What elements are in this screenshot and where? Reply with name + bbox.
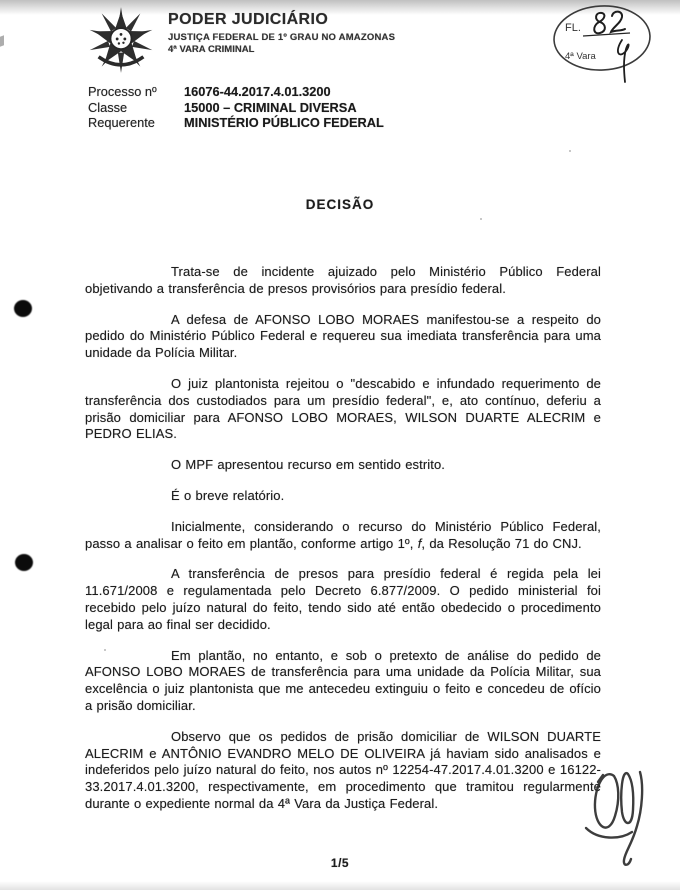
paragraph-4: O MPF apresentou recurso em sentido estr…	[85, 457, 601, 474]
hole-punch-mark	[15, 554, 33, 571]
brazil-coat-of-arms-icon	[86, 5, 156, 75]
case-row-requerente: Requerente MINISTÉRIO PÚBLICO FEDERAL	[88, 115, 384, 131]
court-unit: 4ª VARA CRIMINAL	[168, 44, 395, 55]
paragraph-9: Observo que os pedidos de prisão domicil…	[85, 729, 601, 813]
stamp-handwritten-number	[594, 12, 625, 34]
case-label: Processo nº	[88, 84, 184, 100]
case-row-classe: Classe 15000 – CRIMINAL DIVERSA	[88, 100, 384, 116]
stamp-vara-label: 4ª Vara	[565, 51, 597, 62]
scan-speck	[480, 218, 482, 220]
scanned-court-decision-page: { "header": { "org": "PODER JUDICIÁRIO",…	[0, 0, 680, 890]
court-name: JUSTIÇA FEDERAL DE 1º GRAU NO AMAZONAS	[168, 32, 395, 43]
paragraph-5: É o breve relatório.	[85, 488, 601, 505]
stamp-handwritten-flourish	[618, 40, 629, 82]
document-title: DECISÃO	[0, 197, 680, 212]
paragraph-7: A transferência de presos para presídio …	[85, 566, 601, 633]
paragraph-2: A defesa de AFONSO LOBO MORAES manifesto…	[85, 312, 601, 362]
paragraph-8: Em plantão, no entanto, e sob o pretexto…	[85, 648, 601, 715]
case-value: 15000 – CRIMINAL DIVERSA	[184, 100, 357, 116]
case-label: Requerente	[88, 115, 184, 131]
case-info: Processo nº 16076-44.2017.4.01.3200 Clas…	[88, 84, 384, 131]
case-label: Classe	[88, 100, 184, 116]
paragraph-1: Trata-se de incidente ajuizado pelo Mini…	[85, 264, 601, 298]
folio-stamp: FL. 4ª Vara	[546, 2, 678, 114]
org-title: PODER JUDICIÁRIO	[168, 11, 395, 29]
paragraph-6-post: , da Resolução 71 do CNJ.	[421, 536, 581, 551]
case-value: MINISTÉRIO PÚBLICO FEDERAL	[184, 115, 384, 131]
case-row-processo: Processo nº 16076-44.2017.4.01.3200	[88, 84, 384, 100]
letterhead: PODER JUDICIÁRIO JUSTIÇA FEDERAL DE 1º G…	[168, 11, 395, 55]
paragraph-3: O juiz plantonista rejeitou o "descabido…	[85, 376, 601, 443]
paragraph-6: Inicialmente, considerando o recurso do …	[85, 519, 601, 553]
handwritten-rubric	[578, 752, 670, 884]
decision-body: Trata-se de incidente ajuizado pelo Mini…	[85, 264, 601, 813]
scan-edge-mark	[0, 35, 4, 46]
scan-speck	[569, 150, 571, 152]
stamp-fl-label: FL.	[565, 22, 581, 34]
hole-punch-mark	[14, 300, 32, 317]
case-value: 16076-44.2017.4.01.3200	[184, 84, 331, 100]
